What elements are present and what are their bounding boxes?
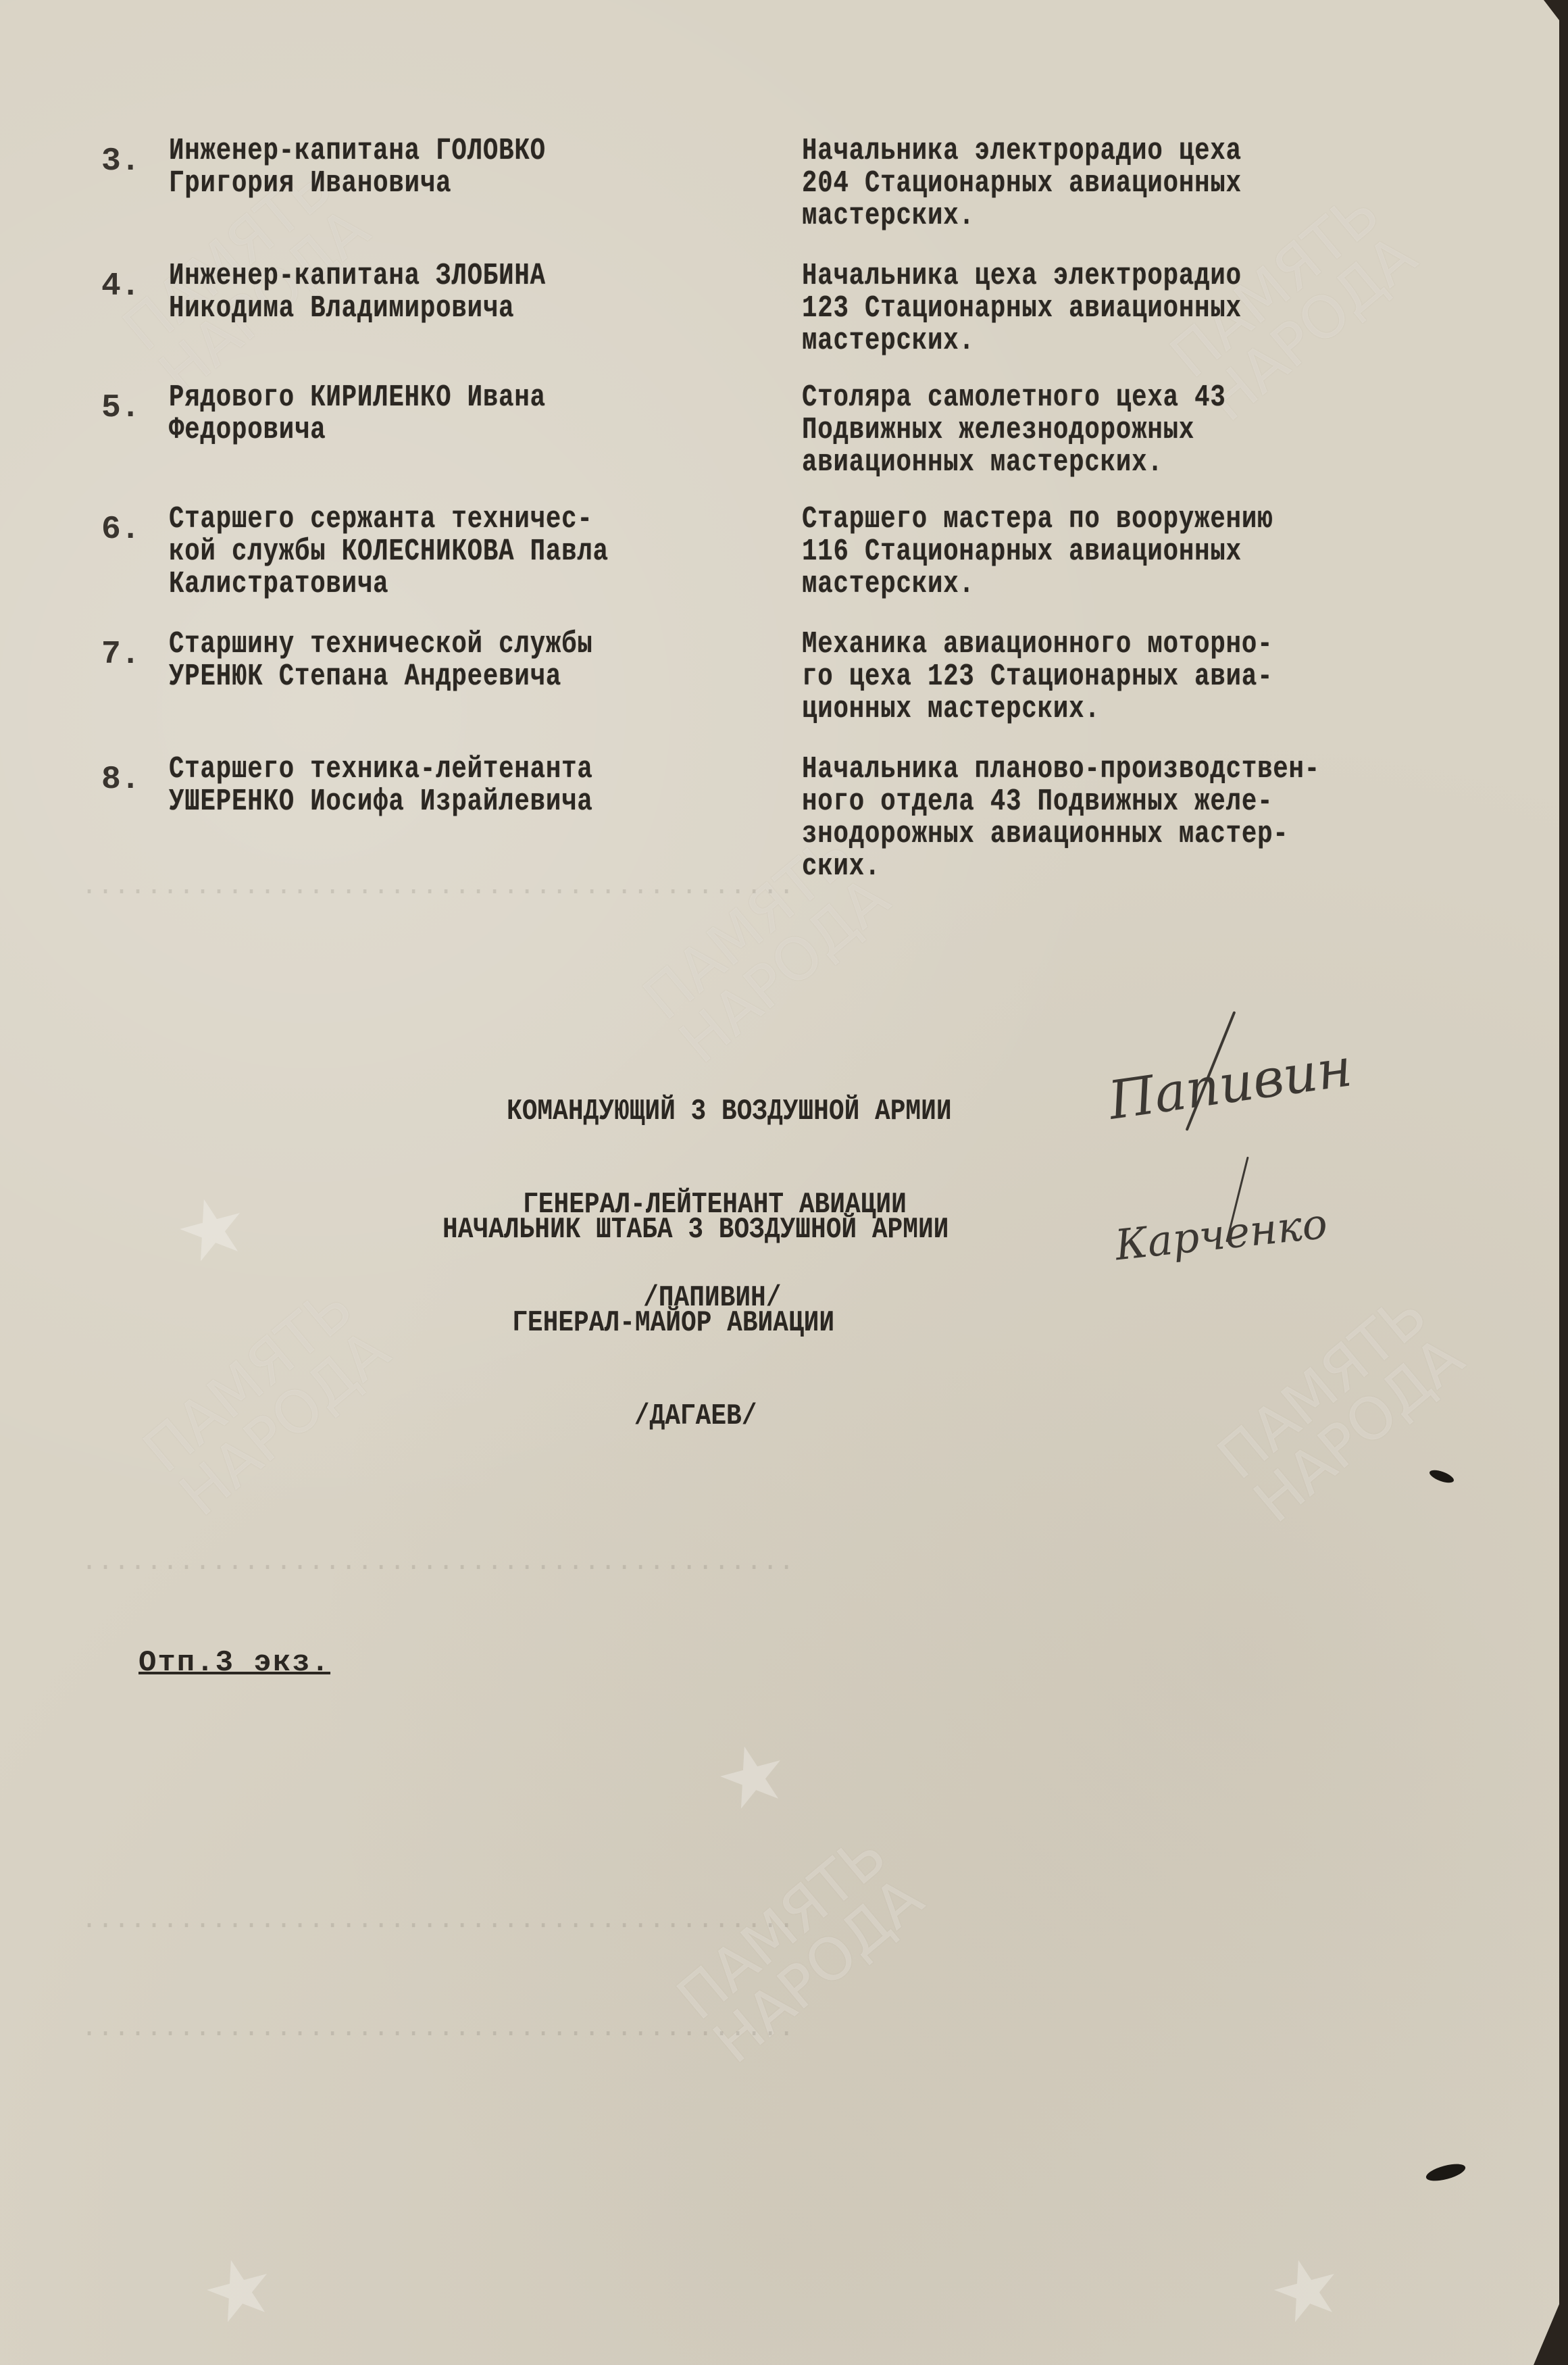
entry-position: Старшего мастера по вооружению 116 Стаци… (802, 503, 1273, 601)
entry-name: Рядового КИРИЛЕНКО Ивана Федоровича (169, 382, 546, 447)
commander-handwritten-signature: Папивин (1105, 1037, 1355, 1132)
entry-position: Начальника планово-производствен- ного о… (802, 753, 1320, 883)
chief-of-staff-handwritten-signature: Карченко (1113, 1199, 1330, 1270)
watermark: ПАМЯТЬНАРОДА (134, 1278, 399, 1525)
entry-number: 6. (101, 512, 141, 548)
chief-of-staff-title: НАЧАЛЬНИК ШТАБА 3 ВОЗДУШНОЙ АРМИИ (442, 1214, 949, 1245)
star-icon: ★ (705, 1722, 800, 1831)
chief-of-staff-name: /ДАГАЕВ/ (442, 1401, 949, 1432)
paper-hole (1424, 2161, 1467, 2185)
entry-name: Старшего техника-лейтенанта УШЕРЕНКО Иос… (169, 753, 593, 818)
star-icon: ★ (192, 2235, 286, 2345)
entry-number: 5. (101, 390, 141, 426)
entry-position: Механика авиационного моторно- го цеха 1… (802, 628, 1273, 726)
chief-of-staff-signature-block: НАЧАЛЬНИК ШТАБА 3 ВОЗДУШНОЙ АРМИИ ГЕНЕРА… (442, 1152, 949, 1494)
watermark: ПАМЯТЬНАРОДА (1209, 1285, 1473, 1532)
show-through-text: ........................................… (81, 1547, 794, 1578)
entry-number: 3. (101, 143, 141, 180)
document-page: ПАМЯТЬНАРОДА ПАМЯТЬНАРОДА ПАМЯТЬНАРОДА П… (0, 0, 1559, 2365)
show-through-text: ........................................… (81, 1906, 794, 1936)
star-icon: ★ (165, 1174, 259, 1284)
entry-name: Инженер-капитана ЗЛОБИНА Никодима Владим… (169, 260, 546, 325)
entry-name: Старшего сержанта техничес- кой службы К… (169, 503, 609, 601)
entry-number: 8. (101, 762, 141, 798)
star-icon: ★ (1259, 2235, 1354, 2345)
paper-hole (1428, 1468, 1455, 1485)
chief-of-staff-rank: ГЕНЕРАЛ-МАЙОР АВИАЦИИ (442, 1308, 949, 1339)
entry-name: Инженер-капитана ГОЛОВКО Григория Иванов… (169, 135, 546, 200)
copies-note: Отп.3 экз. (138, 1646, 330, 1680)
entry-number: 7. (101, 637, 141, 673)
show-through-text: ........................................… (81, 2014, 794, 2044)
entry-position: Начальника электрорадио цеха 204 Стацион… (802, 135, 1242, 232)
entry-position: Начальника цеха электрорадио 123 Стацион… (802, 260, 1242, 357)
show-through-text: ........................................… (81, 872, 794, 902)
entry-position: Столяра самолетного цеха 43 Подвижных же… (802, 382, 1226, 479)
entry-name: Старшину технической службы УРЕНЮК Степа… (169, 628, 593, 693)
entry-number: 4. (101, 268, 141, 305)
commander-title: КОМАНДУЮЩИЙ 3 ВОЗДУШНОЙ АРМИИ (507, 1096, 952, 1127)
